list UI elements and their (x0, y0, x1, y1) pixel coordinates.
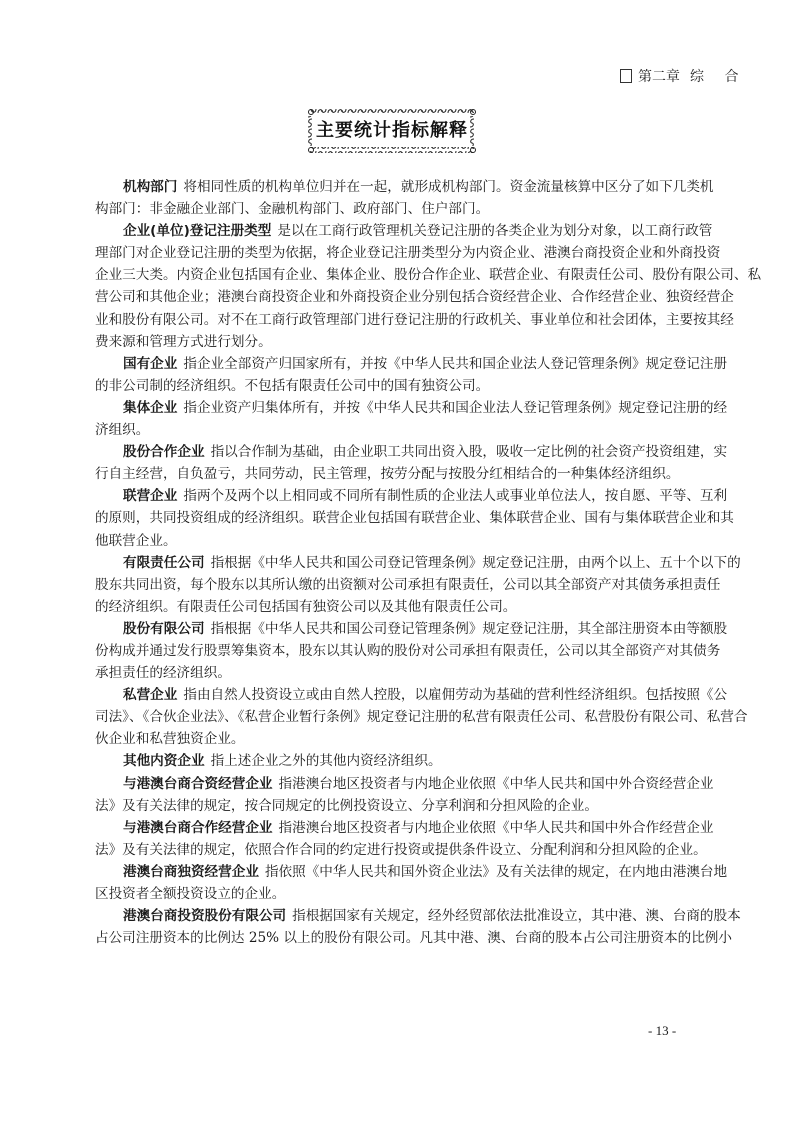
definition-text: 营公司和其他企业；港澳台商投资企业和外商投资企业分别包括合资经营企业、合作经营企… (95, 286, 699, 308)
definition-text: 指港澳台地区投资者与内地企业依照《中华人民共和国中外合资经营企业 (279, 776, 714, 792)
definition-text: 承担责任的经济组织。 (95, 662, 699, 684)
definition-text: 指两个及两个以上相同或不同所有制性质的企业法人或事业单位法人，按自愿、平等、互利 (183, 488, 727, 504)
definition-term: 其他内资企业 (123, 753, 205, 769)
definition-text: 指上述企业之外的其他内资经济组织。 (211, 753, 442, 769)
definition-entry: 港澳台商独资经营企业指依照《中华人民共和国外资企业法》及有关法律的规定，在内地由… (95, 861, 699, 905)
definition-entry: 股份合作企业指以合作制为基础，由企业职工共同出资入股，吸收一定比例的社会资产投资… (95, 441, 699, 485)
chapter-label: 第二章 (638, 69, 680, 85)
definition-term: 企业(单位)登记注册类型 (123, 223, 271, 239)
page-number: - 13 - (648, 1023, 676, 1039)
definition-entry: 其他内资企业指上述企业之外的其他内资经济组织。 (95, 750, 699, 772)
definition-text: 是以在工商行政管理机关登记注册的各类企业为划分对象，以工商行政管 (277, 223, 712, 239)
definition-text: 份构成并通过发行股票筹集资本，股东以其认购的股份对公司承担有限责任，公司以其全部… (95, 640, 699, 662)
definition-text: 司法》、《合伙企业法》、《私营企业暂行条例》规定登记注册的私营有限责任公司、私营… (95, 706, 699, 728)
definition-term: 国有企业 (123, 356, 177, 372)
definition-text: 的原则，共同投资组成的经济组织。联营企业包括国有联营企业、集体联营企业、国有与集… (95, 507, 699, 529)
definition-term: 与港澳台商合资经营企业 (123, 776, 273, 792)
definition-text: 构部门：非金融企业部门、金融机构部门、政府部门、住户部门。 (95, 198, 699, 220)
definition-text: 的经济组织。有限责任公司包括国有独资公司以及其他有限责任公司。 (95, 596, 699, 618)
page-title: 主要统计指标解释 (307, 108, 477, 154)
definition-term: 港澳台商独资经营企业 (123, 864, 259, 880)
definition-text: 指依照《中华人民共和国外资企业法》及有关法律的规定，在内地由港澳台地 (265, 864, 727, 880)
definition-entry: 国有企业指企业全部资产归国家所有，并按《中华人民共和国企业法人登记管理条例》规定… (95, 353, 699, 397)
section-title-frame: 主要统计指标解释 (307, 108, 477, 154)
section-label: 综 合 (690, 69, 746, 85)
definition-text: 占公司注册资本的比例达 25% 以上的股份有限公司。凡其中港、澳、台商的股本占公… (95, 927, 699, 949)
definition-term: 与港澳台商合作经营企业 (123, 820, 273, 836)
running-header: 第二章综 合 (620, 66, 746, 86)
definition-text: 指根据国家有关规定，经外经贸部依法批准设立，其中港、澳、台商的股本 (292, 908, 741, 924)
definition-text: 伙企业和私营独资企业。 (95, 728, 699, 750)
definition-term: 机构部门 (123, 179, 177, 195)
checkbox-square-icon (620, 69, 632, 83)
definition-text: 济组织。 (95, 419, 699, 441)
definition-text: 理部门对企业登记注册的类型为依据，将企业登记注册类型分为内资企业、港澳台商投资企… (95, 242, 699, 264)
definition-text: 费来源和管理方式进行划分。 (95, 331, 699, 353)
definition-term: 集体企业 (123, 400, 177, 416)
definition-text: 业和股份有限公司。对不在工商行政管理部门进行登记注册的行政机关、事业单位和社会团… (95, 309, 699, 331)
definition-entry: 与港澳台商合资经营企业指港澳台地区投资者与内地企业依照《中华人民共和国中外合资经… (95, 773, 699, 817)
definition-text: 他联营企业。 (95, 530, 699, 552)
definition-term: 股份合作企业 (123, 444, 205, 460)
definition-text: 法》及有关法律的规定，依照合作合同的约定进行投资或提供条件设立、分配利润和分担风… (95, 839, 699, 861)
definition-text: 区投资者全额投资设立的企业。 (95, 883, 699, 905)
definition-text: 指港澳台地区投资者与内地企业依照《中华人民共和国中外合作经营企业 (279, 820, 714, 836)
definition-text: 指根据《中华人民共和国公司登记管理条例》规定登记注册，由两个以上、五十个以下的 (211, 555, 741, 571)
definition-text: 股东共同出资，每个股东以其所认缴的出资额对公司承担有限责任，公司以其全部资产对其… (95, 574, 699, 596)
definition-term: 股份有限公司 (123, 621, 205, 637)
definition-entry: 港澳台商投资股份有限公司指根据国家有关规定，经外经贸部依法批准设立，其中港、澳、… (95, 905, 699, 949)
definition-term: 有限责任公司 (123, 555, 205, 571)
definition-term: 私营企业 (123, 687, 177, 703)
definition-term: 港澳台商投资股份有限公司 (123, 908, 286, 924)
definition-text: 指由自然人投资设立或由自然人控股，以雇佣劳动为基础的营利性经济组织。包括按照《公 (183, 687, 727, 703)
definition-text: 指企业资产归集体所有，并按《中华人民共和国企业法人登记管理条例》规定登记注册的经 (183, 400, 727, 416)
definition-entry: 机构部门将相同性质的机构单位归并在一起，就形成机构部门。资金流量核算中区分了如下… (95, 176, 699, 220)
definition-text: 企业三大类。内资企业包括国有企业、集体企业、股份合作企业、联营企业、有限责任公司… (95, 264, 699, 286)
definition-text: 将相同性质的机构单位归并在一起，就形成机构部门。资金流量核算中区分了如下几类机 (183, 179, 713, 195)
definition-text: 法》及有关法律的规定，按合同规定的比例投资设立、分享利润和分担风险的企业。 (95, 795, 699, 817)
definition-text: 指根据《中华人民共和国公司登记管理条例》规定登记注册，其全部注册资本由等额股 (211, 621, 728, 637)
definition-text: 指以合作制为基础，由企业职工共同出资入股，吸收一定比例的社会资产投资组建，实 (211, 444, 728, 460)
definition-entry: 与港澳台商合作经营企业指港澳台地区投资者与内地企业依照《中华人民共和国中外合作经… (95, 817, 699, 861)
definition-text: 的非公司制的经济组织。不包括有限责任公司中的国有独资公司。 (95, 375, 699, 397)
definition-text: 指企业全部资产归国家所有，并按《中华人民共和国企业法人登记管理条例》规定登记注册 (183, 356, 727, 372)
definition-entry: 企业(单位)登记注册类型是以在工商行政管理机关登记注册的各类企业为划分对象，以工… (95, 220, 699, 353)
definition-entry: 联营企业指两个及两个以上相同或不同所有制性质的企业法人或事业单位法人，按自愿、平… (95, 485, 699, 551)
definition-entry: 集体企业指企业资产归集体所有，并按《中华人民共和国企业法人登记管理条例》规定登记… (95, 397, 699, 441)
definition-entry: 私营企业指由自然人投资设立或由自然人控股，以雇佣劳动为基础的营利性经济组织。包括… (95, 684, 699, 750)
definition-entry: 有限责任公司指根据《中华人民共和国公司登记管理条例》规定登记注册，由两个以上、五… (95, 552, 699, 618)
definitions-body: 机构部门将相同性质的机构单位归并在一起，就形成机构部门。资金流量核算中区分了如下… (95, 176, 699, 949)
definition-term: 联营企业 (123, 488, 177, 504)
definition-text: 行自主经营，自负盈亏，共同劳动，民主管理，按劳分配与按股分红相结合的一种集体经济… (95, 463, 699, 485)
definition-entry: 股份有限公司指根据《中华人民共和国公司登记管理条例》规定登记注册，其全部注册资本… (95, 618, 699, 684)
